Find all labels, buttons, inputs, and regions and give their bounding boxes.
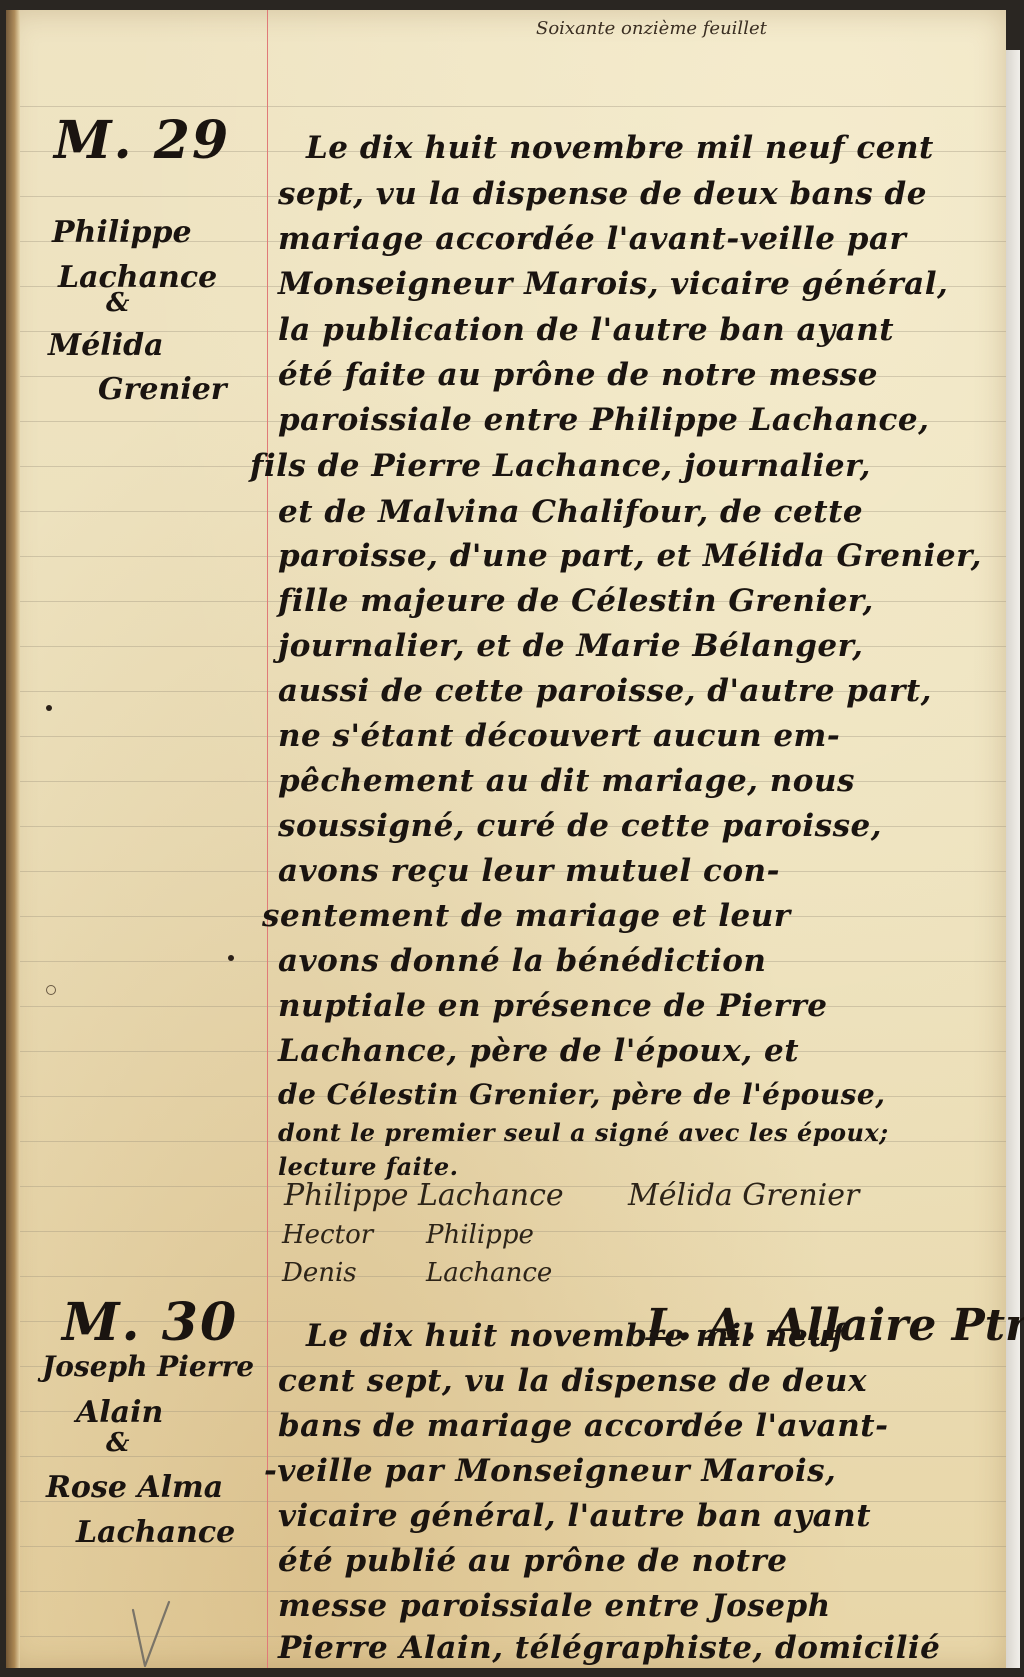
body-line: soussigné, curé de cette paroisse, (278, 808, 882, 844)
body-line: nuptiale en présence de Pierre (278, 988, 828, 1024)
margin-name-bride-last: Lachance (76, 1515, 235, 1550)
body-line: de Célestin Grenier, père de l'épouse, (278, 1078, 885, 1111)
signature-bride: Mélida Grenier (628, 1178, 859, 1213)
body-line: paroissiale entre Philippe Lachance, (278, 402, 929, 438)
body-line: Pierre Alain, télégraphiste, domicilié (278, 1630, 940, 1666)
signature-witness-2a: Denis (282, 1258, 357, 1288)
page-edge (1006, 50, 1020, 1668)
body-line: journalier, et de Marie Bélanger, (278, 628, 863, 664)
signature-groom: Philippe Lachance (284, 1178, 564, 1213)
body-line: fils de Pierre Lachance, journalier, (250, 448, 871, 484)
margin-ampersand: & (106, 288, 129, 318)
body-line: et de Malvina Chalifour, de cette (278, 494, 863, 530)
body-line: sentement de mariage et leur (262, 898, 791, 934)
pencil-checkmark-icon (131, 1600, 171, 1670)
body-line: été publié au prône de notre (278, 1543, 787, 1579)
body-line: -veille par Monseigneur Marois, (264, 1453, 836, 1489)
body-line: vicaire général, l'autre ban ayant (278, 1498, 871, 1534)
ink-blot (46, 705, 52, 711)
body-line: lecture faite. (278, 1152, 459, 1181)
folio-header: Soixante onzième feuillet (536, 18, 767, 39)
body-line: bans de mariage accordée l'avant- (278, 1408, 888, 1444)
margin-name-bride-first: Rose Alma (46, 1470, 223, 1505)
body-line: Le dix huit novembre mil neuf cent (306, 130, 934, 166)
body-line: ne s'étant découvert aucun em- (278, 718, 840, 754)
body-line: fille majeure de Célestin Grenier, (278, 583, 874, 619)
body-line: cent sept, vu la dispense de deux (278, 1363, 867, 1399)
register-page: Soixante onzième feuillet M. 29 Philippe… (6, 10, 1006, 1668)
entry-number: M. 29 (54, 110, 230, 171)
body-line: pêchement au dit mariage, nous (278, 763, 855, 799)
margin-name-groom-last: Alain (76, 1395, 163, 1430)
signature-witness-1a: Hector (282, 1220, 373, 1250)
body-line: aussi de cette paroisse, d'autre part, (278, 673, 932, 709)
body-line: Monseigneur Marois, vicaire général, (278, 266, 948, 302)
margin-rule (267, 10, 268, 1668)
margin-name-groom-first: Joseph Pierre (42, 1350, 254, 1383)
ink-blot (228, 955, 234, 961)
body-line: avons reçu leur mutuel con- (278, 853, 780, 889)
body-line: Lachance, père de l'époux, et (278, 1033, 799, 1069)
binding-hole (46, 985, 56, 995)
body-line: sept, vu la dispense de deux bans de (278, 176, 927, 212)
body-line: paroisse, d'une part, et Mélida Grenier, (278, 538, 982, 574)
margin-name-groom-last: Lachance (58, 260, 217, 295)
body-line: avons donné la bénédiction (278, 943, 766, 979)
margin-name-groom-first: Philippe (52, 215, 192, 250)
margin-ampersand: & (106, 1428, 129, 1458)
margin-name-bride-first: Mélida (48, 328, 164, 363)
body-line: dont le premier seul a signé avec les ép… (278, 1118, 889, 1147)
signature-witness-2b: Lachance (426, 1258, 552, 1288)
signature-witness-1b: Philippe (426, 1220, 534, 1250)
body-line: la publication de l'autre ban ayant (278, 312, 894, 348)
margin-name-bride-last: Grenier (98, 372, 227, 407)
binding-spine (6, 10, 20, 1668)
body-line: mariage accordée l'avant-veille par (278, 221, 906, 257)
entry-number: M. 30 (62, 1292, 238, 1353)
body-line: messe paroissiale entre Joseph (278, 1588, 831, 1624)
body-line: été faite au prône de notre messe (278, 357, 878, 393)
body-line: Le dix huit novembre mil neuf (306, 1318, 845, 1354)
